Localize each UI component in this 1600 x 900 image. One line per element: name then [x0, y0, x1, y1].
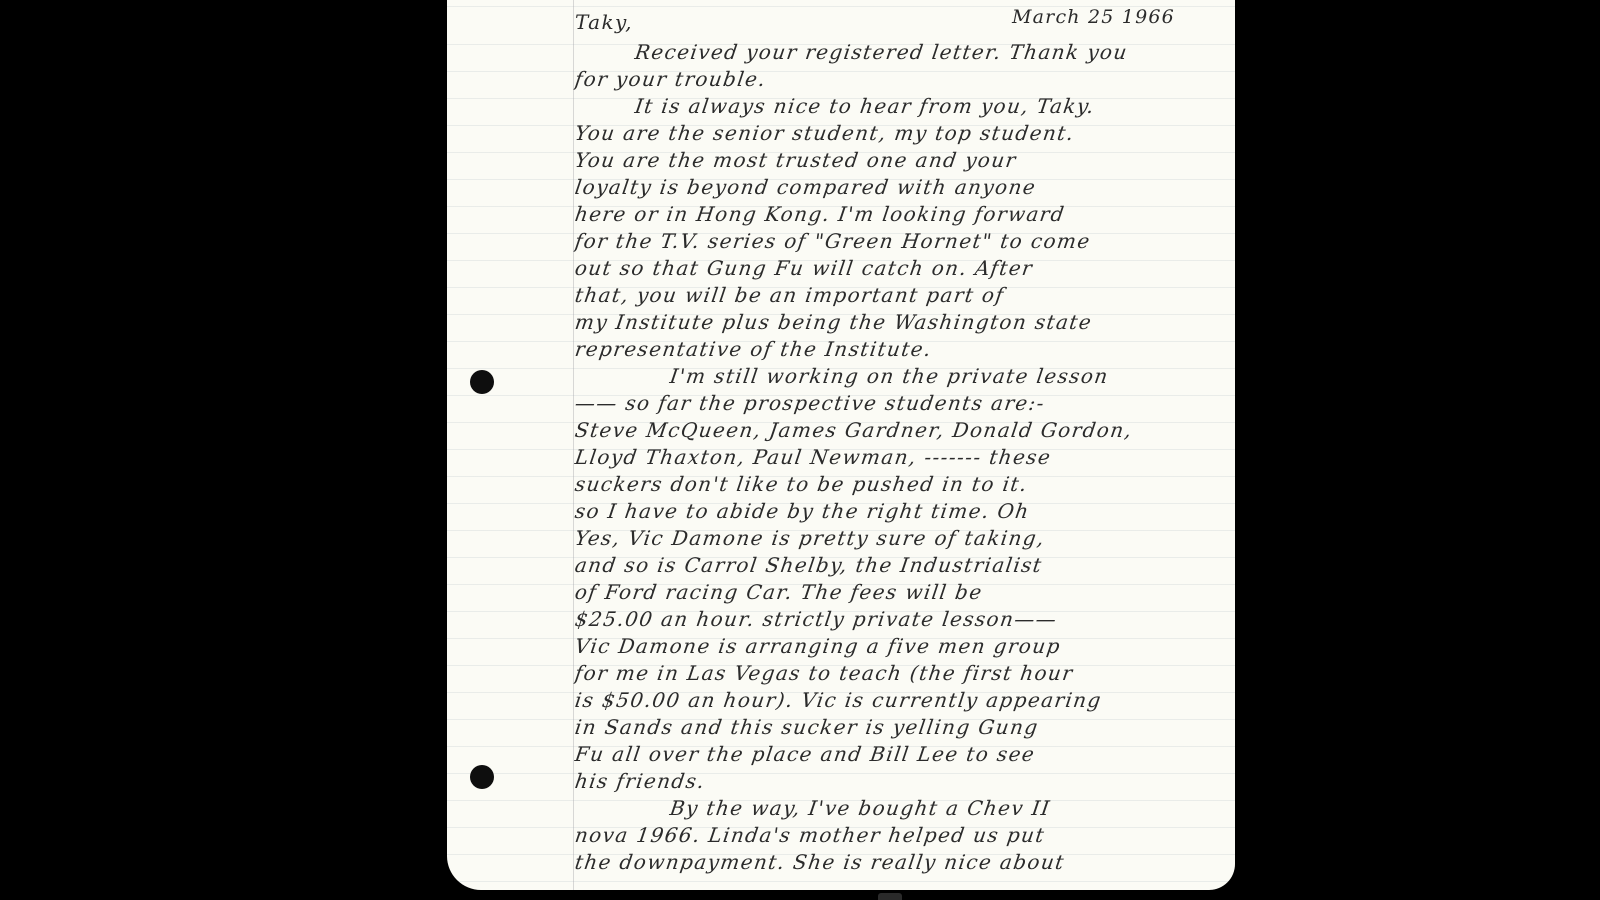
- letter-line: Lloyd Thaxton, Paul Newman, ------- thes…: [573, 444, 1229, 471]
- notebook-page: March 25 1966 Taky, Received your regist…: [447, 0, 1235, 890]
- letter-line: Fu all over the place and Bill Lee to se…: [573, 741, 1229, 768]
- letter-line: $25.00 an hour. strictly private lesson—…: [573, 606, 1229, 633]
- letter-salutation: Taky,: [575, 10, 633, 34]
- letter-line: It is always nice to hear from you, Taky…: [573, 93, 1229, 120]
- letter-line: for me in Las Vegas to teach (the first …: [573, 660, 1229, 687]
- letter-line: my Institute plus being the Washington s…: [573, 309, 1229, 336]
- letter-line: loyalty is beyond compared with anyone: [573, 174, 1229, 201]
- letter-line: so I have to abide by the right time. Oh: [573, 498, 1229, 525]
- punch-hole-icon: [470, 765, 494, 789]
- letter-line: You are the senior student, my top stude…: [573, 120, 1229, 147]
- letter-line: here or in Hong Kong. I'm looking forwar…: [573, 201, 1229, 228]
- letter-line: in Sands and this sucker is yelling Gung: [573, 714, 1229, 741]
- letter-line: out so that Gung Fu will catch on. After: [573, 255, 1229, 282]
- scroll-indicator: [878, 893, 902, 900]
- letter-line: nova 1966. Linda's mother helped us put: [573, 822, 1229, 849]
- letter-line: —— so far the prospective students are:-: [573, 390, 1229, 417]
- letter-body: Received your registered letter. Thank y…: [575, 39, 1227, 876]
- letter-line: By the way, I've bought a Chev II: [573, 795, 1229, 822]
- letter-line: Yes, Vic Damone is pretty sure of taking…: [573, 525, 1229, 552]
- punch-hole-icon: [470, 370, 494, 394]
- letter-line: for your trouble.: [573, 66, 1229, 93]
- letter-line: is $50.00 an hour). Vic is currently app…: [573, 687, 1229, 714]
- letter-date: March 25 1966: [1012, 6, 1175, 28]
- letter-line: I'm still working on the private lesson: [573, 363, 1229, 390]
- letter-line: Steve McQueen, James Gardner, Donald Gor…: [573, 417, 1229, 444]
- letter-line: that, you will be an important part of: [573, 282, 1229, 309]
- letter-line: You are the most trusted one and your: [573, 147, 1229, 174]
- letter-line: for the T.V. series of "Green Hornet" to…: [573, 228, 1229, 255]
- letter-line: representative of the Institute.: [573, 336, 1229, 363]
- letter-line: the downpayment. She is really nice abou…: [573, 849, 1229, 876]
- letter-line: and so is Carrol Shelby, the Industriali…: [573, 552, 1229, 579]
- letter-line: Received your registered letter. Thank y…: [573, 39, 1229, 66]
- letter-line: of Ford racing Car. The fees will be: [573, 579, 1229, 606]
- letter-line: suckers don't like to be pushed in to it…: [573, 471, 1229, 498]
- letter-line: Vic Damone is arranging a five men group: [573, 633, 1229, 660]
- letter-line: his friends.: [573, 768, 1229, 795]
